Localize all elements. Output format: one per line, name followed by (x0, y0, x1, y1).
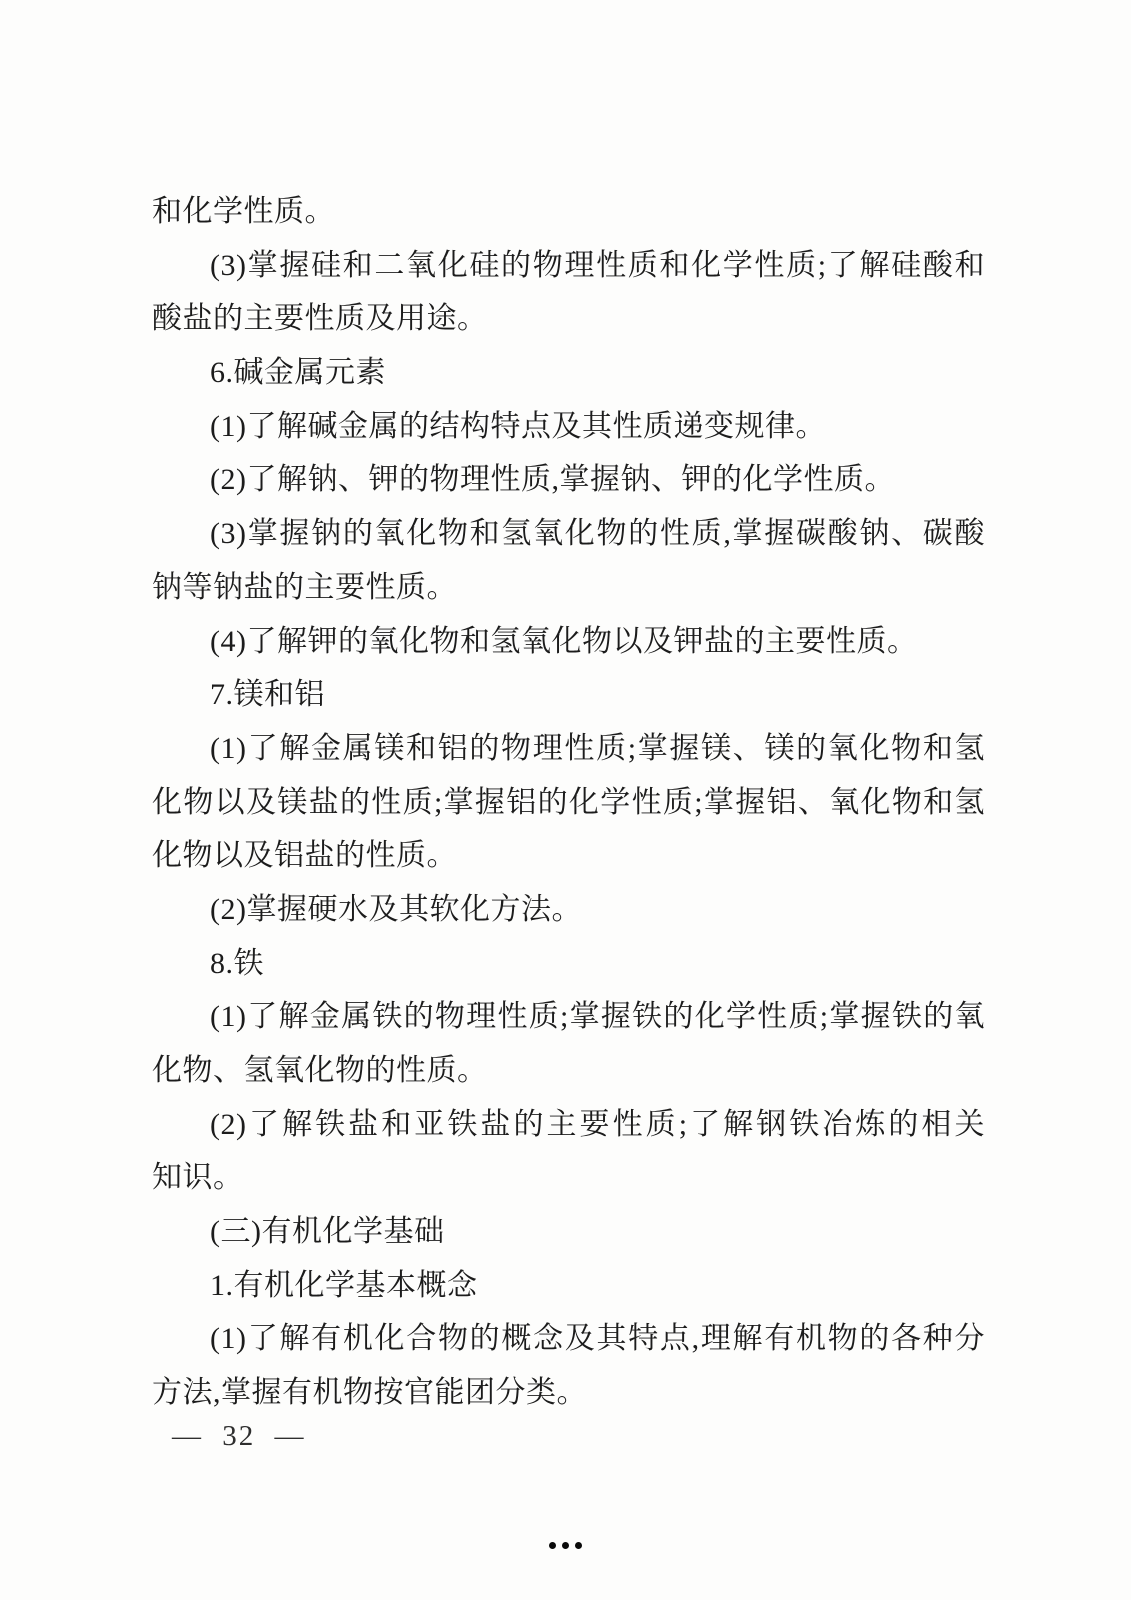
text-line: 和化学性质。 (152, 185, 985, 239)
text-line: 方法,掌握有机物按官能团分类。 (152, 1366, 985, 1420)
text-line: (2)掌握硬水及其软化方法。 (152, 883, 985, 937)
text-line: (1)了解金属镁和铝的物理性质;掌握镁、镁的氧化物和氢氧 (152, 722, 985, 776)
pager-dot (562, 1542, 569, 1549)
text-line: 钠等钠盐的主要性质。 (152, 561, 985, 615)
text-line: 化物以及铝盐的性质。 (152, 829, 985, 883)
text-line: (1)了解碱金属的结构特点及其性质递变规律。 (152, 400, 985, 454)
section-heading: 6.碱金属元素 (152, 346, 985, 400)
text-line: 化物、氢氧化物的性质。 (152, 1044, 985, 1098)
text-line: (3)掌握钠的氧化物和氢氧化物的性质,掌握碳酸钠、碳酸氢 (152, 507, 985, 561)
text-line: (4)了解钾的氧化物和氢氧化物以及钾盐的主要性质。 (152, 615, 985, 669)
section-heading: 1.有机化学基本概念 (152, 1259, 985, 1313)
text-line: 知识。 (152, 1151, 985, 1205)
text-line: (2)了解钠、钾的物理性质,掌握钠、钾的化学性质。 (152, 453, 985, 507)
text-line: 化物以及镁盐的性质;掌握铝的化学性质;掌握铝、氧化物和氢氧 (152, 776, 985, 830)
section-heading: (三)有机化学基础 (152, 1205, 985, 1259)
text-line: (1)了解有机化合物的概念及其特点,理解有机物的各种分类 (152, 1312, 985, 1366)
pager-dot (549, 1542, 556, 1549)
document-page: 和化学性质。 (3)掌握硅和二氧化硅的物理性质和化学性质;了解硅酸和硅 酸盐的主… (0, 0, 1131, 1600)
pager-dot (575, 1542, 582, 1549)
text-line: (2)了解铁盐和亚铁盐的主要性质;了解钢铁冶炼的相关 (152, 1098, 985, 1152)
document-text-block: 和化学性质。 (3)掌握硅和二氧化硅的物理性质和化学性质;了解硅酸和硅 酸盐的主… (152, 185, 985, 1420)
section-heading: 7.镁和铝 (152, 668, 985, 722)
page-number: — 32 — (172, 1420, 306, 1453)
text-line: 酸盐的主要性质及用途。 (152, 292, 985, 346)
pager-ellipsis-icon (0, 1542, 1131, 1549)
text-line: (1)了解金属铁的物理性质;掌握铁的化学性质;掌握铁的氧 (152, 990, 985, 1044)
section-heading: 8.铁 (152, 937, 985, 991)
text-line: (3)掌握硅和二氧化硅的物理性质和化学性质;了解硅酸和硅 (152, 239, 985, 293)
